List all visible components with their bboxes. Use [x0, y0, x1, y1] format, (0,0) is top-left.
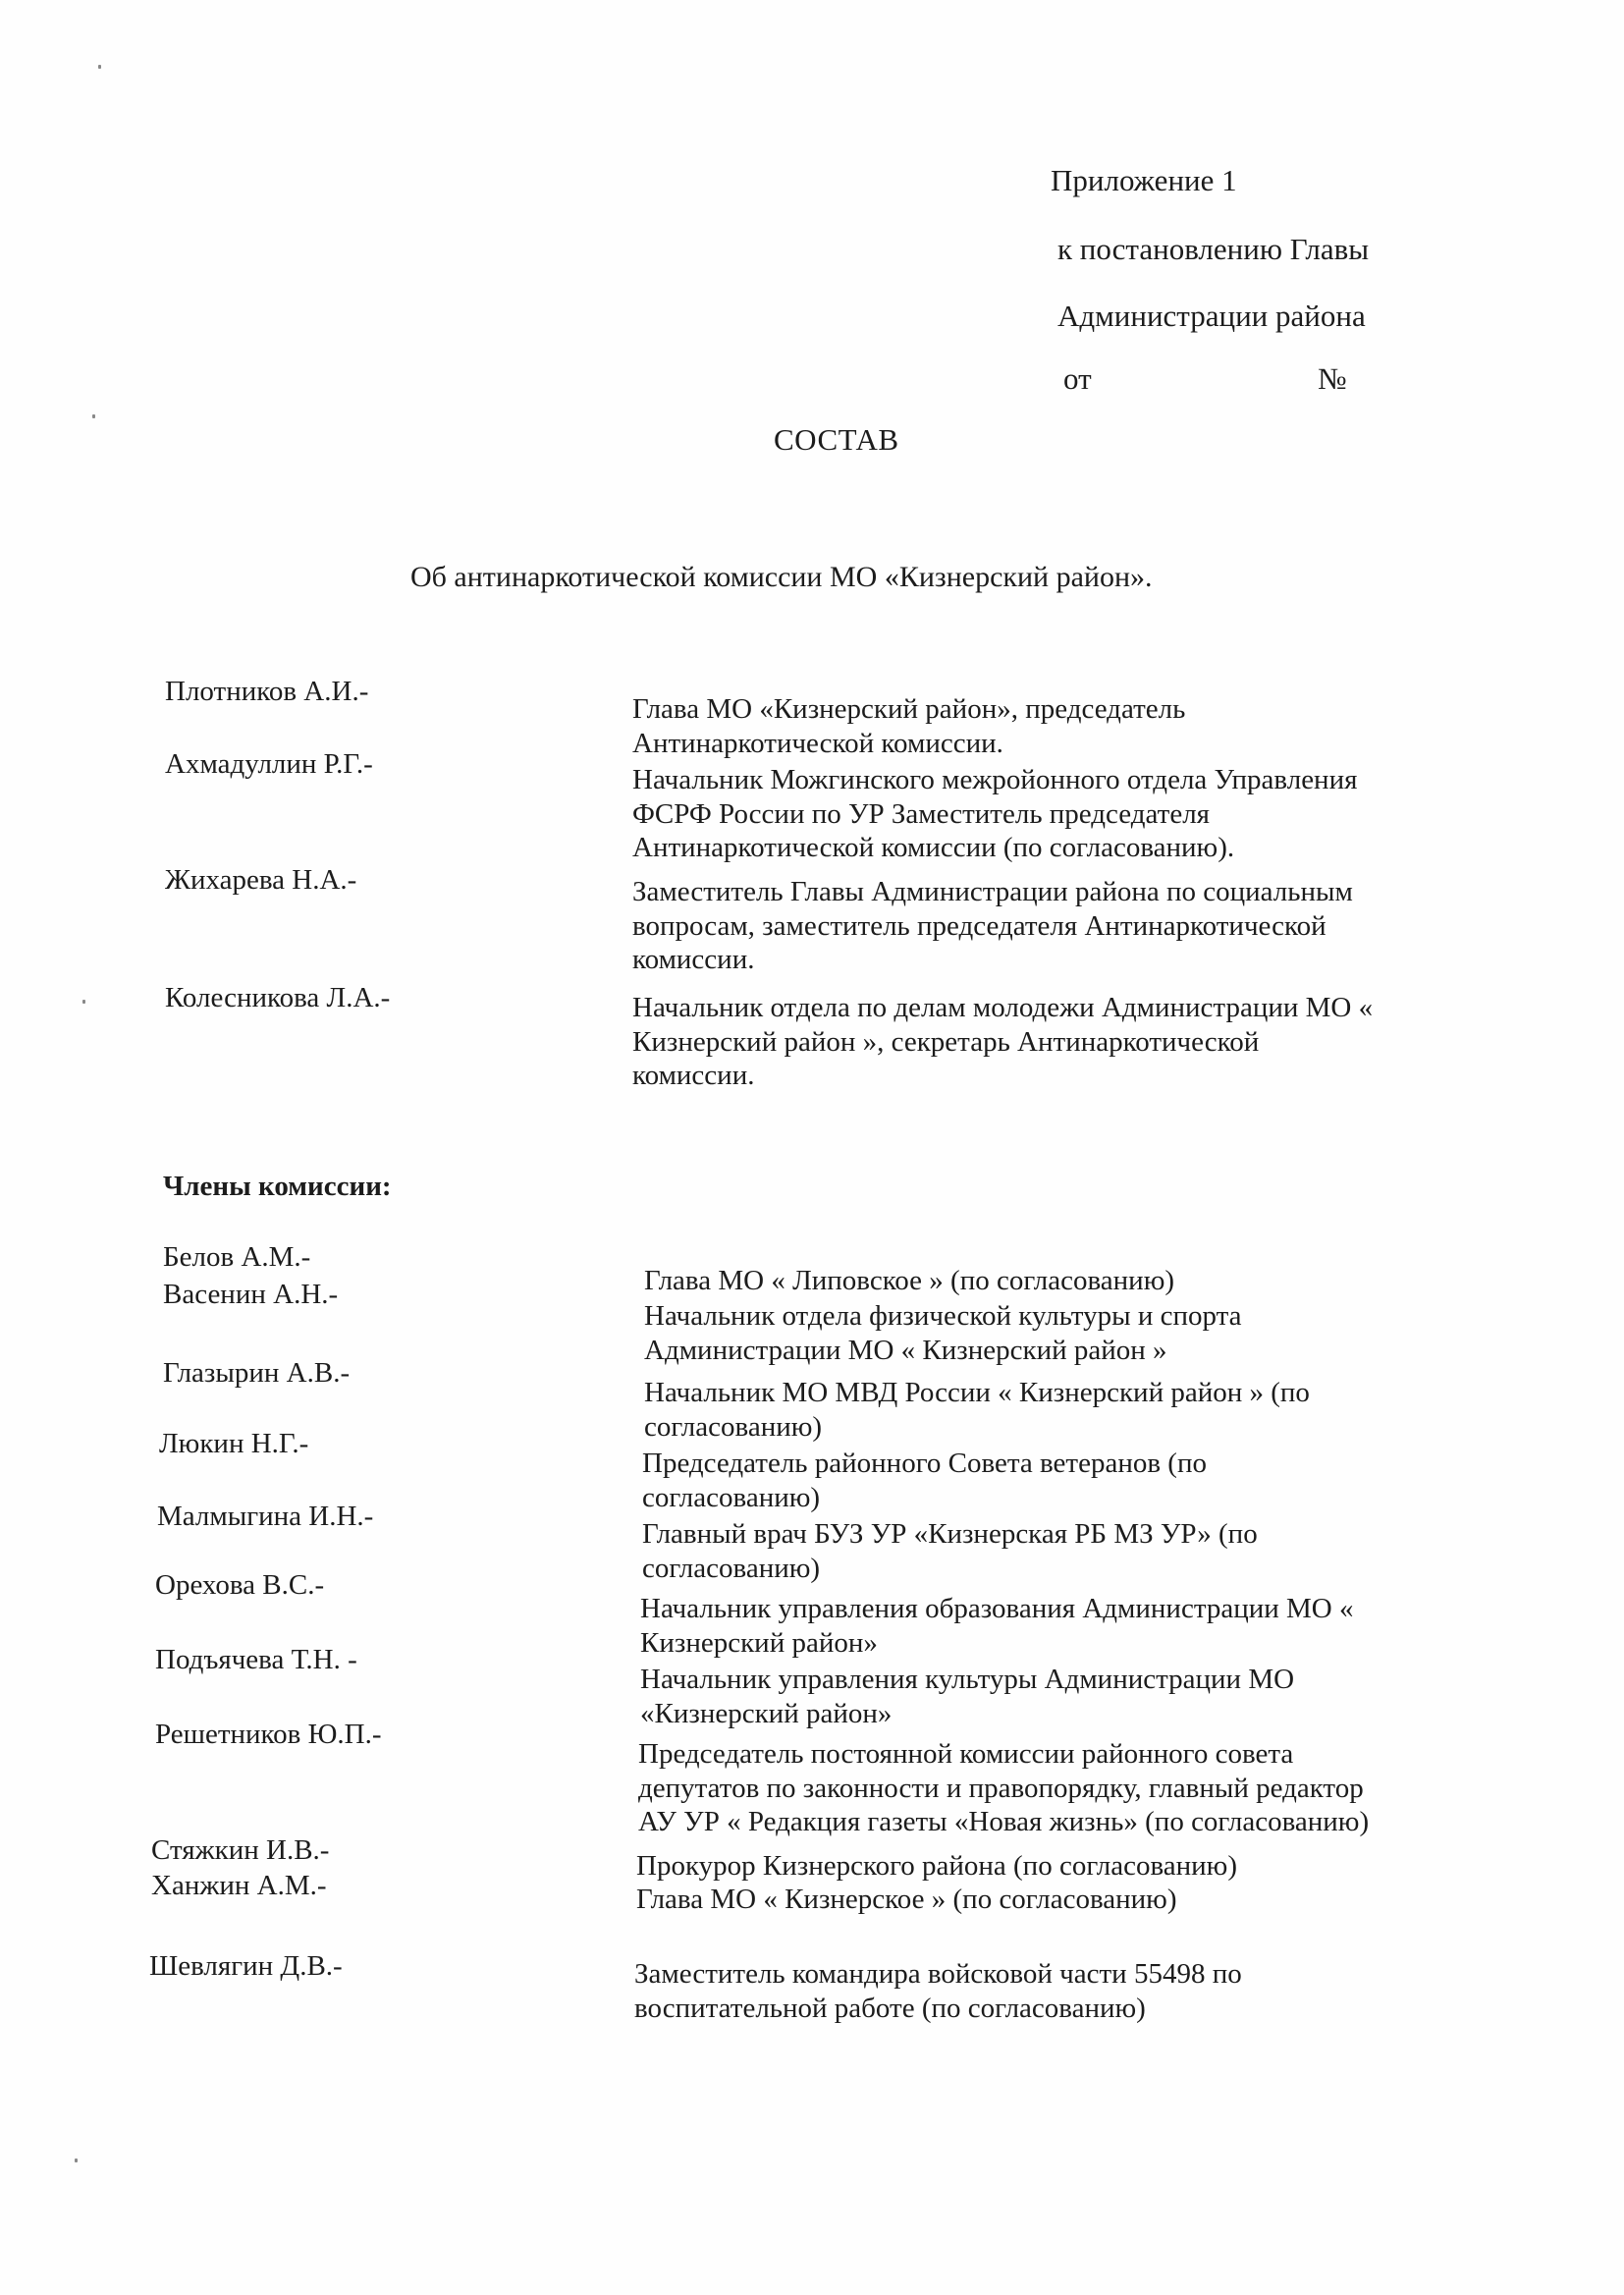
member-role-line: ФСРФ России по УР Заместитель председате… [632, 796, 1210, 832]
member-role-line: Начальник управления образования Админис… [640, 1591, 1354, 1626]
scan-speck [98, 65, 101, 69]
header-line-resolution: к постановлению Главы [1057, 232, 1369, 267]
member-role-line: Глава МО « Кизнерское » (по согласованию… [636, 1882, 1177, 1917]
member-name: Люкин Н.Г.- [159, 1426, 308, 1461]
member-role-line: Главный врач БУЗ УР «Кизнерская РБ МЗ УР… [642, 1516, 1258, 1552]
member-role-line: Начальник Можгинского межройонного отдел… [632, 762, 1357, 797]
member-role-line: Кизнерский район» [640, 1625, 878, 1661]
member-role-line: комиссии. [632, 1058, 754, 1093]
member-name: Глазырин А.В.- [163, 1355, 350, 1391]
member-name: Васенин А.Н.- [163, 1277, 338, 1312]
member-name: Решетников Ю.П.- [155, 1717, 382, 1752]
member-role-line: Кизнерский район », секретарь Антинаркот… [632, 1024, 1259, 1060]
member-role-line: Начальник управления культуры Администра… [640, 1662, 1294, 1697]
member-role-line: Начальник отдела физической культуры и с… [644, 1298, 1242, 1334]
member-role-line: Начальник отдела по делам молодежи Админ… [632, 990, 1373, 1025]
member-name: Малмыгина И.Н.- [157, 1499, 373, 1534]
appendix-label: Приложение 1 [1051, 163, 1237, 198]
scan-speck [92, 414, 95, 418]
member-role-line: АУ УР « Редакция газеты «Новая жизнь» (п… [638, 1804, 1369, 1839]
member-role-line: комиссии. [632, 942, 754, 977]
scan-speck [82, 1000, 85, 1004]
member-role-line: Заместитель Главы Администрации района п… [632, 874, 1353, 909]
member-role-line: Председатель постоянной комиссии районно… [638, 1736, 1293, 1772]
member-name: Плотников А.И.- [165, 674, 368, 709]
member-role-line: Администрации МО « Кизнерский район » [644, 1333, 1167, 1368]
member-name: Орехова В.С.- [155, 1567, 324, 1603]
member-role-line: согласованию) [644, 1409, 822, 1445]
member-name: Стяжкин И.В.- [151, 1832, 329, 1868]
member-name: Жихарева Н.А.- [165, 862, 356, 898]
scanned-page: Приложение 1 к постановлению Главы Админ… [0, 0, 1624, 2295]
page-title: СОСТАВ [774, 422, 899, 458]
member-role-line: Начальник МО МВД России « Кизнерский рай… [644, 1375, 1310, 1410]
member-role-line: вопросам, заместитель председателя Антин… [632, 908, 1326, 944]
page-subtitle: Об антинаркотической комиссии МО «Кизнер… [410, 560, 1153, 595]
member-name: Шевлягин Д.В.- [149, 1948, 343, 1984]
member-role-line: Прокурор Кизнерского района (по согласов… [636, 1848, 1237, 1884]
date-label: от [1063, 361, 1092, 397]
member-name: Белов А.М.- [163, 1239, 310, 1275]
number-label: № [1318, 361, 1347, 397]
member-role-line: Председатель районного Совета ветеранов … [642, 1446, 1207, 1481]
member-name: Ахмадуллин Р.Г.- [165, 746, 373, 782]
scan-speck [75, 2158, 78, 2162]
member-name: Колесникова Л.А.- [165, 980, 390, 1015]
member-name: Подъячева Т.Н. - [155, 1642, 357, 1677]
member-name: Ханжин А.М.- [151, 1868, 327, 1903]
header-line-administration: Администрации района [1057, 299, 1366, 334]
member-role-line: согласованию) [642, 1480, 820, 1515]
member-role-line: Антинаркотической комиссии. [632, 726, 1003, 761]
members-heading: Члены комиссии: [163, 1169, 392, 1204]
member-role-line: согласованию) [642, 1551, 820, 1586]
member-role-line: воспитательной работе (по согласованию) [634, 1991, 1146, 2026]
member-role-line: Глава МО «Кизнерский район», председател… [632, 691, 1185, 727]
member-role-line: Глава МО « Липовское » (по согласованию) [644, 1263, 1174, 1298]
member-role-line: Антинаркотической комиссии (по согласова… [632, 830, 1234, 865]
member-role-line: депутатов по законности и правопорядку, … [638, 1771, 1364, 1806]
member-role-line: «Кизнерский район» [640, 1696, 892, 1731]
member-role-line: Заместитель командира войсковой части 55… [634, 1956, 1242, 1992]
